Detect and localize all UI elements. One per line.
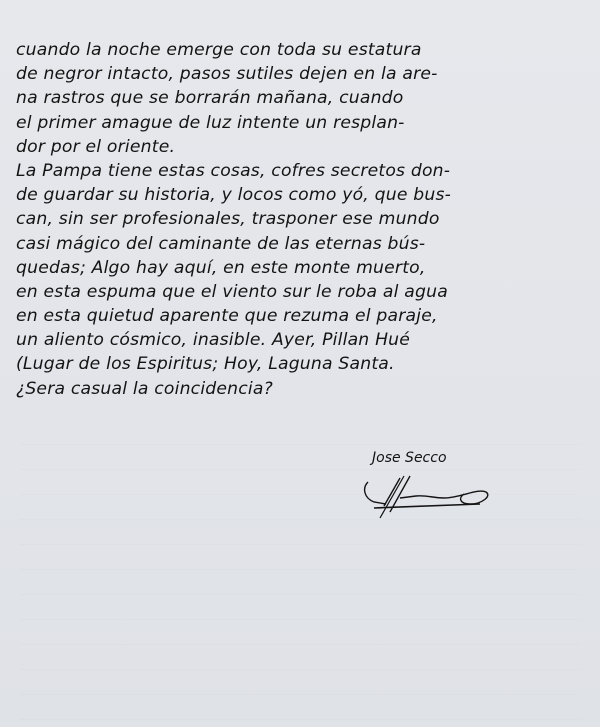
text-line: (Lugar de los Espiritus; Hoy, Laguna San… bbox=[16, 352, 596, 376]
text-line: de negror intacto, pasos sutiles dejen e… bbox=[16, 62, 596, 86]
text-line: dor por el oriente. bbox=[16, 135, 596, 159]
text-line: en esta espuma que el viento sur le roba… bbox=[16, 280, 596, 304]
text-line: quedas; Algo hay aquí, en este monte mue… bbox=[16, 256, 596, 280]
text-line: ¿Sera casual la coincidencia? bbox=[16, 377, 596, 401]
text-line: casi mágico del caminante de las eternas… bbox=[16, 232, 596, 256]
text-line: un aliento cósmico, inasible. Ayer, Pill… bbox=[16, 328, 596, 352]
text-line: de guardar su historia, y locos como yó,… bbox=[16, 183, 596, 207]
handwritten-body: cuando la noche emerge con toda su estat… bbox=[16, 38, 596, 401]
signature-scribble-icon bbox=[360, 468, 500, 523]
text-line: La Pampa tiene estas cosas, cofres secre… bbox=[16, 159, 596, 183]
signature-block: Jose Secco bbox=[360, 450, 500, 520]
signature-name: Jose Secco bbox=[372, 450, 447, 466]
paper-page: cuando la noche emerge con toda su estat… bbox=[0, 0, 600, 727]
text-line: cuando la noche emerge con toda su estat… bbox=[16, 38, 596, 62]
text-line: na rastros que se borrarán mañana, cuand… bbox=[16, 86, 596, 110]
text-line: can, sin ser profesionales, trasponer es… bbox=[16, 207, 596, 231]
text-line: en esta quietud aparente que rezuma el p… bbox=[16, 304, 596, 328]
text-line: el primer amague de luz intente un respl… bbox=[16, 111, 596, 135]
